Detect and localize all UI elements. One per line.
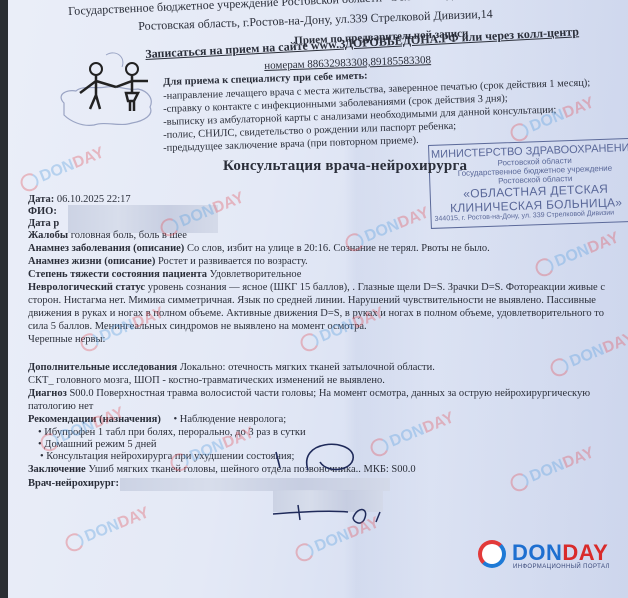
donday-subtitle: ИНФОРМАЦИОННЫЙ ПОРТАЛ: [513, 564, 610, 570]
document-photo: Государственное бюджетное учреждение Рос…: [8, 0, 628, 598]
donday-wordmark: DONDAY: [512, 540, 608, 566]
donday-globe-icon: [478, 540, 506, 568]
handwritten-signature: [8, 0, 628, 598]
